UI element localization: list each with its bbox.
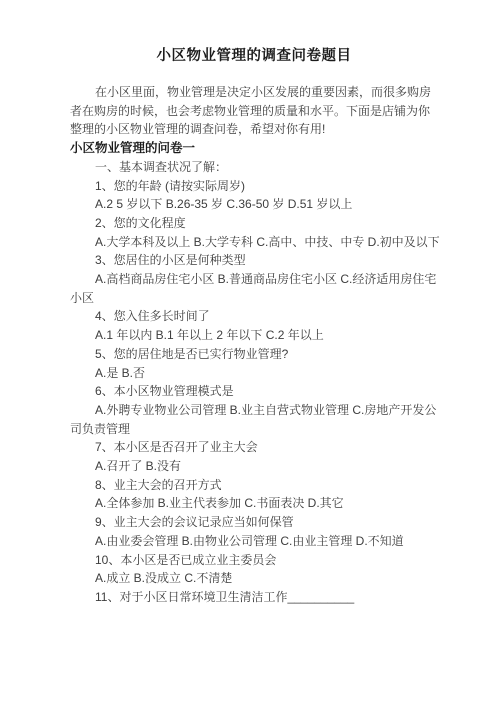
question-line: 10、本小区是否已成立业主委员会 — [70, 551, 438, 570]
continuation-line: 小区 — [70, 289, 438, 308]
document-title: 小区物业管理的调查问卷题目 — [70, 46, 438, 66]
question-line: 5、您的居住地是否已实行物业管理? — [70, 345, 438, 364]
question-line: 7、本小区是否召开了业主大会 — [70, 438, 438, 457]
option-line: A.全体参加 B.业主代表参加 C.书面表决 D.其它 — [70, 494, 438, 513]
document-content: 小区物业管理的调查问卷题目 在小区里面，物业管理是决定小区发展的重要因素，而很多… — [0, 0, 500, 607]
option-line: A.大学本科及以上 B.大学专科 C.高中、中技、中专 D.初中及以下 — [70, 233, 438, 252]
option-line: A.是 B.否 — [70, 364, 438, 383]
section-intro-line: 一、基本调查状况了解： — [70, 158, 438, 177]
option-line: A.1 年以内 B.1 年以上 2 年以下 C.2 年以上 — [70, 326, 438, 345]
intro-line: 者在购房的时候，也会考虑物业管理的质量和水平。下面是店铺为你 — [70, 102, 438, 121]
option-line: A.2 5 岁以下 B.26-35 岁 C.36-50 岁 D.51 岁以上 — [70, 195, 438, 214]
option-line: A.召开了 B.没有 — [70, 457, 438, 476]
question-line: 11、对于小区日常环境卫生清洁工作__________ — [70, 588, 438, 607]
question-line: 2、您的文化程度 — [70, 214, 438, 233]
option-line: A.高档商品房住宅小区 B.普通商品房住宅小区 C.经济适用房住宅 — [70, 270, 438, 289]
question-line: 4、您入住多长时间了 — [70, 307, 438, 326]
question-line: 6、本小区物业管理模式是 — [70, 382, 438, 401]
option-line: A.成立 B.没成立 C.不清楚 — [70, 569, 438, 588]
document-page: 小区物业管理的调查问卷题目 在小区里面，物业管理是决定小区发展的重要因素，而很多… — [0, 0, 500, 707]
section-heading: 小区物业管理的问卷一 — [70, 139, 438, 158]
intro-line: 在小区里面，物业管理是决定小区发展的重要因素，而很多购房 — [70, 83, 438, 102]
question-line: 9、业主大会的会议记录应当如何保管 — [70, 513, 438, 532]
option-line: A.外聘专业物业公司管理 B.业主自营式物业管理 C.房地产开发公 — [70, 401, 438, 420]
question-line: 1、您的年龄 (请按实际周岁) — [70, 177, 438, 196]
questionnaire-body: 一、基本调查状况了解：1、您的年龄 (请按实际周岁)A.2 5 岁以下 B.26… — [70, 158, 438, 607]
continuation-line: 司负责管理 — [70, 420, 438, 439]
question-line: 8、业主大会的召开方式 — [70, 476, 438, 495]
option-line: A.由业委会管理 B.由物业公司管理 C.由业主管理 D.不知道 — [70, 532, 438, 551]
intro-line: 整理的小区物业管理的调查问卷，希望对你有用! — [70, 120, 438, 139]
question-line: 3、您居住的小区是何种类型 — [70, 251, 438, 270]
